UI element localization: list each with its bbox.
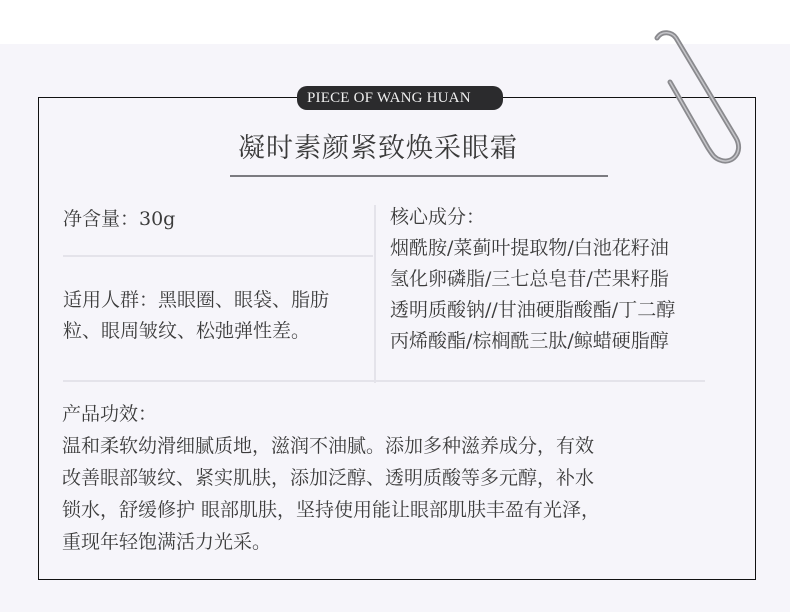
product-efficacy: 产品功效： 温和柔软幼滑细腻质地，滋润不油腻。添加多种滋养成分，有效 改善眼部皱…	[62, 398, 600, 558]
title-underline	[230, 175, 608, 177]
ingredient-line: 烟酰胺/菜蓟叶提取物/白池花籽油	[390, 233, 675, 264]
efficacy-line: 改善眼部皱纹、紧实肌肤，添加泛醇、透明质酸等多元醇，补水	[62, 462, 600, 494]
ingredient-line: 氢化卵磷脂/三七总皂苷/芒果籽脂	[390, 264, 675, 295]
audience-line: 适用人群：黑眼圈、眼袋、脂肪	[63, 285, 329, 316]
efficacy-line: 锁水，舒缓修护 眼部肌肤，坚持使用能让眼部肌肤丰盈有光泽，	[62, 494, 600, 526]
efficacy-line: 温和柔软幼滑细腻质地，滋润不油腻。添加多种滋养成分，有效	[62, 430, 600, 462]
efficacy-label: 产品功效：	[62, 398, 600, 430]
core-ingredients: 核心成分： 烟酰胺/菜蓟叶提取物/白池花籽油 氢化卵磷脂/三七总皂苷/芒果籽脂 …	[390, 202, 675, 357]
ingredients-label: 核心成分：	[390, 202, 675, 233]
column-divider	[374, 205, 376, 383]
ingredient-line: 透明质酸钠//甘油硬脂酸酯/丁二醇	[390, 295, 675, 326]
divider-net	[63, 255, 373, 257]
paperclip-icon	[640, 30, 750, 170]
audience-line: 粒、眼周皱纹、松弛弹性差。	[63, 316, 329, 347]
divider-specs	[63, 380, 705, 382]
efficacy-line: 重现年轻饱满活力光采。	[62, 526, 600, 558]
ingredient-line: 丙烯酸酯/棕榈酰三肽/鲸蜡硬脂醇	[390, 326, 675, 357]
product-title: 凝时素颜紧致焕采眼霜	[230, 131, 608, 167]
net-content: 净含量：30g	[63, 204, 175, 234]
brand-tag: PIECE OF WANG HUAN	[297, 86, 503, 110]
target-audience: 适用人群：黑眼圈、眼袋、脂肪 粒、眼周皱纹、松弛弹性差。	[63, 285, 329, 347]
